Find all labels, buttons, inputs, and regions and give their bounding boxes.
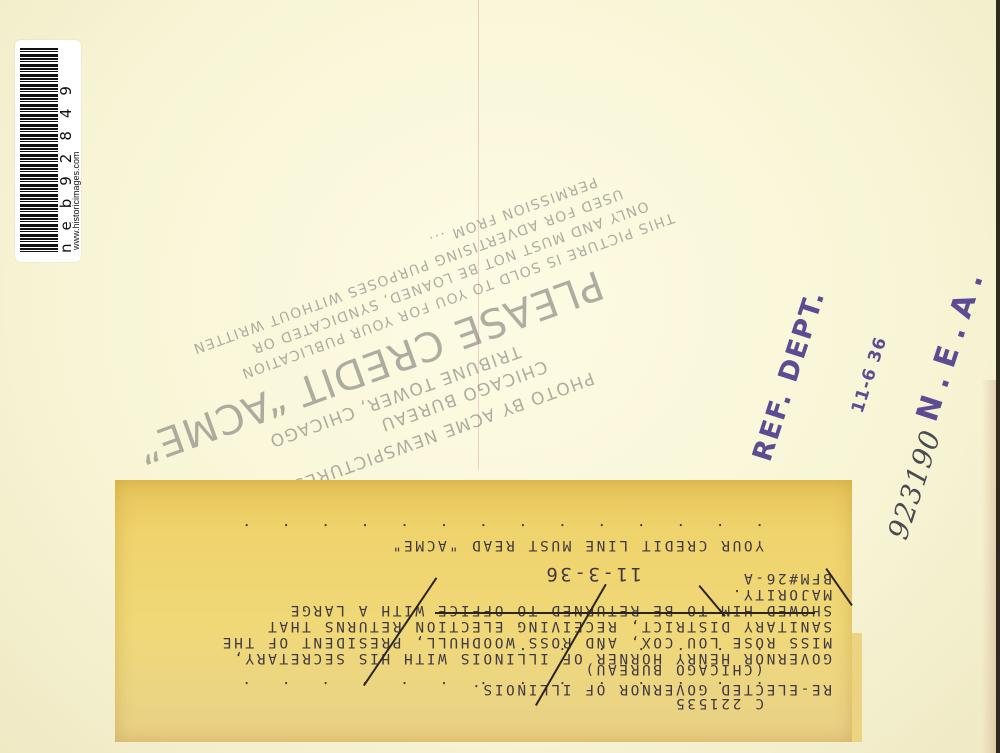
barcode-sticker: neb92849 www.historicimages.com xyxy=(15,40,81,262)
caption-body-1: GOVERNOR HENRY HORNER OF ILLINOIS WITH H… xyxy=(232,649,832,666)
acme-backprint: PHOTO BY ACME NEWSPICTURES CHICAGO BUREA… xyxy=(439,329,452,342)
catalog-number: C 221535 xyxy=(673,695,764,711)
credit-dot-leader: . . . . . . . . . . . . . . xyxy=(231,520,764,536)
caption-body-4: SHOWED HIM TO BE RETURNED TO OFFICE WITH… xyxy=(288,601,832,618)
caption-label: C 221535 . . . . . . . . . . . . . . (CH… xyxy=(115,480,852,742)
caption-label-tab xyxy=(852,633,862,742)
barcode-icon xyxy=(20,48,58,254)
paper-edge xyxy=(996,0,1000,753)
edge-stain xyxy=(982,380,996,753)
caption-text-block: C 221535 . . . . . . . . . . . . . . (CH… xyxy=(115,480,852,742)
caption-body-3: SANITARY DISTRICT, RECEIVING ELECTION RE… xyxy=(266,617,833,634)
caption-headline: RE-ELECTED GOVERNOR OF ILLINOIS. xyxy=(469,680,832,697)
caption-ref-code: BFM#26-A xyxy=(741,569,832,586)
caption-body-2: MISS ROSE LOU COX, AND ROSS WOODHULL, PR… xyxy=(220,633,832,650)
barcode-url: www.historicimages.com xyxy=(71,151,81,250)
credit-line: YOUR CREDIT LINE MUST READ "ACME" xyxy=(390,537,764,553)
pen-mark-line xyxy=(435,612,815,614)
caption-body-5: MAJORITY. xyxy=(730,585,832,602)
